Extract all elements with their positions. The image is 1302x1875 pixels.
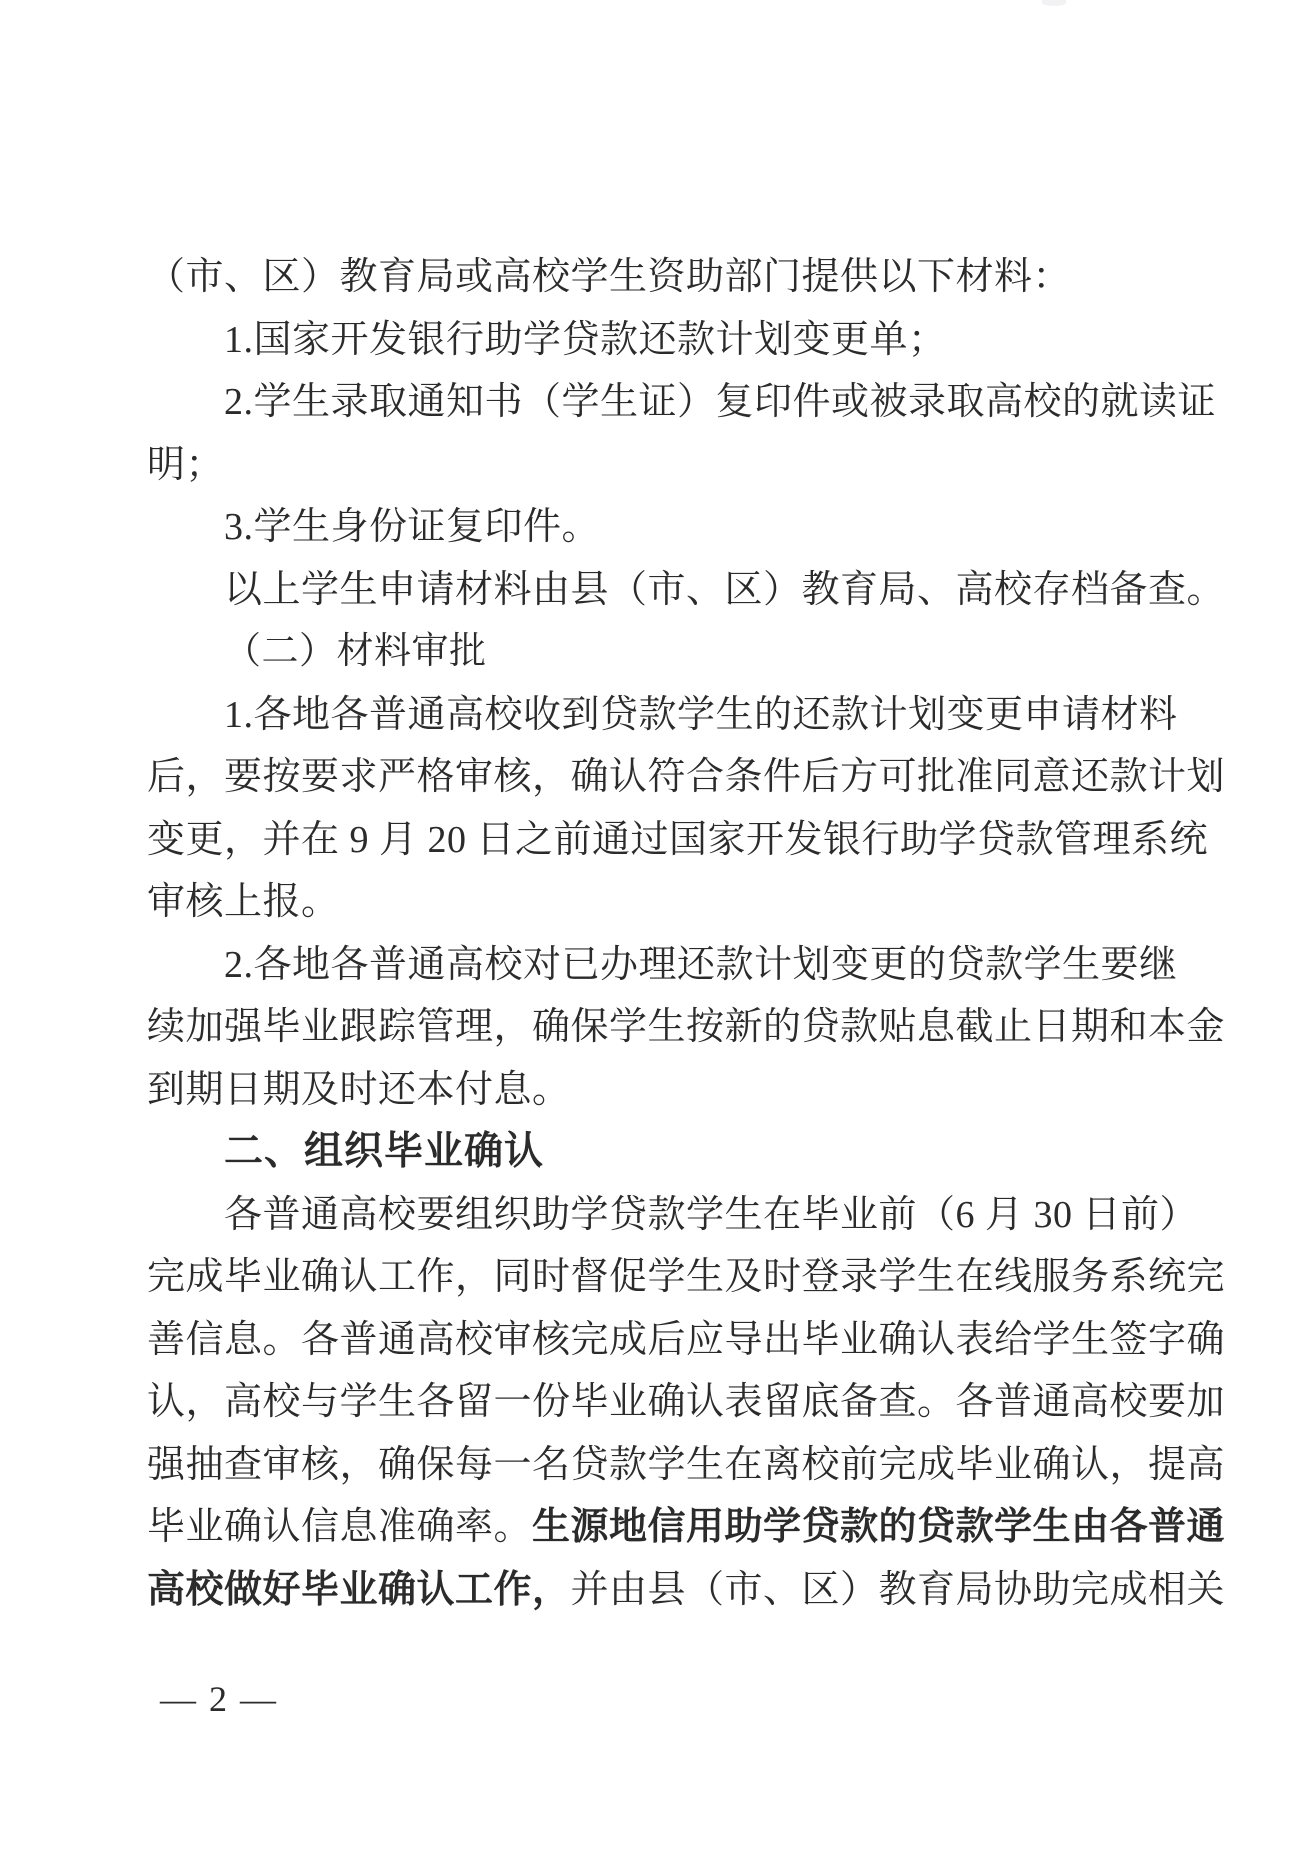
text-line: 认，高校与学生各留一份毕业确认表留底备查。各普通高校要加 — [147, 1371, 1229, 1434]
text-segment: 强抽查审核，确保每一名贷款学生在离校前完成毕业确认，提高 — [147, 1444, 1225, 1486]
text-line: 以上学生申请材料由县（市、区）教育局、高校存档备查。 — [147, 559, 1229, 622]
text-line: 善信息。各普通高校审核完成后应导出毕业确认表给学生签字确 — [147, 1309, 1229, 1372]
text-line: 1.各地各普通高校收到贷款学生的还款计划变更申请材料 — [147, 684, 1229, 747]
scanned-document-page: （市、区）教育局或高校学生资助部门提供以下材料：1.国家开发银行助学贷款还款计划… — [0, 0, 1302, 1875]
text-segment: 后，要按要求严格审核，确认符合条件后方可批准同意还款计划 — [147, 756, 1225, 798]
text-segment: 善信息。各普通高校审核完成后应导出毕业确认表给学生签字确 — [147, 1319, 1225, 1361]
text-line: （市、区）教育局或高校学生资助部门提供以下材料： — [147, 246, 1229, 309]
text-segment: 生源地信用助学贷款的贷款学生由各普通 — [532, 1506, 1225, 1548]
text-line: 变更，并在 9 月 20 日之前通过国家开发银行助学贷款管理系统 — [147, 809, 1229, 872]
text-segment: 以上学生申请材料由县（市、区）教育局、高校存档备查。 — [224, 569, 1225, 611]
text-line: 后，要按要求严格审核，确认符合条件后方可批准同意还款计划 — [147, 746, 1229, 809]
text-segment: 变更，并在 9 月 20 日之前通过国家开发银行助学贷款管理系统 — [147, 819, 1208, 861]
text-line: 各普通高校要组织助学贷款学生在毕业前（6 月 30 日前） — [147, 1184, 1229, 1247]
text-segment: （二）材料审批 — [224, 631, 487, 672]
text-segment: （市、区）教育局或高校学生资助部门提供以下材料： — [147, 256, 1071, 298]
text-line: 强抽查审核，确保每一名贷款学生在离校前完成毕业确认，提高 — [147, 1434, 1229, 1497]
text-line: 毕业确认信息准确率。生源地信用助学贷款的贷款学生由各普通 — [147, 1496, 1229, 1559]
text-line: 续加强毕业跟踪管理，确保学生按新的贷款贴息截止日期和本金 — [147, 996, 1229, 1059]
text-segment: 1.各地各普通高校收到贷款学生的还款计划变更申请材料 — [224, 694, 1178, 736]
text-segment: 并由县（市、区）教育局协助完成相关 — [571, 1569, 1226, 1611]
text-line: 明； — [147, 434, 1229, 497]
text-segment: 各普通高校要组织助学贷款学生在毕业前（6 月 30 日前） — [224, 1194, 1198, 1236]
text-segment: 高校做好毕业确认工作， — [147, 1569, 571, 1611]
text-line: 审核上报。 — [147, 871, 1229, 934]
text-line: 2.各地各普通高校对已办理还款计划变更的贷款学生要继 — [147, 934, 1229, 997]
text-line: 高校做好毕业确认工作，并由县（市、区）教育局协助完成相关 — [147, 1559, 1229, 1622]
page-number: — 2 — — [160, 1678, 278, 1720]
text-line: 3.学生身份证复印件。 — [147, 496, 1229, 559]
subsection-heading: （二）材料审批 — [147, 621, 1229, 684]
document-body: （市、区）教育局或高校学生资助部门提供以下材料：1.国家开发银行助学贷款还款计划… — [147, 246, 1229, 1621]
scan-artifact — [1042, 0, 1066, 6]
text-segment: 认，高校与学生各留一份毕业确认表留底备查。各普通高校要加 — [147, 1381, 1225, 1423]
text-line: 到期日期及时还本付息。 — [147, 1059, 1229, 1122]
text-segment: 到期日期及时还本付息。 — [147, 1069, 571, 1111]
text-segment: 2.各地各普通高校对已办理还款计划变更的贷款学生要继 — [224, 944, 1178, 986]
text-segment: 3.学生身份证复印件。 — [224, 506, 600, 548]
text-segment: 明； — [147, 444, 224, 486]
text-segment: 二、组织毕业确认 — [224, 1130, 544, 1173]
text-segment: 续加强毕业跟踪管理，确保学生按新的贷款贴息截止日期和本金 — [147, 1006, 1225, 1048]
text-line: 2.学生录取通知书（学生证）复印件或被录取高校的就读证 — [147, 371, 1229, 434]
text-segment: 2.学生录取通知书（学生证）复印件或被录取高校的就读证 — [224, 381, 1216, 423]
text-line: 完成毕业确认工作，同时督促学生及时登录学生在线服务系统完 — [147, 1246, 1229, 1309]
text-segment: 审核上报。 — [147, 881, 340, 923]
section-heading: 二、组织毕业确认 — [147, 1121, 1229, 1184]
text-segment: 毕业确认信息准确率。 — [147, 1506, 532, 1548]
text-segment: 1.国家开发银行助学贷款还款计划变更单； — [224, 319, 947, 361]
text-line: 1.国家开发银行助学贷款还款计划变更单； — [147, 309, 1229, 372]
text-segment: 完成毕业确认工作，同时督促学生及时登录学生在线服务系统完 — [147, 1256, 1225, 1298]
